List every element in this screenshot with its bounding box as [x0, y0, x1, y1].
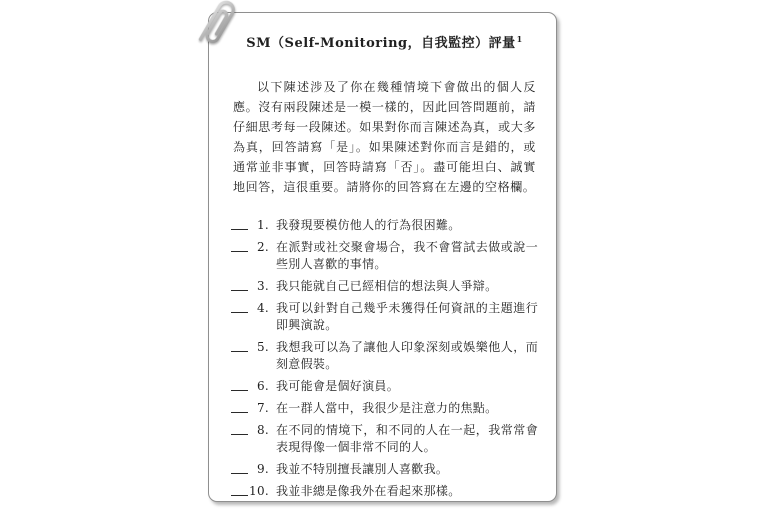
item-number: 3. — [249, 278, 269, 295]
scanned-document: SM（Self-Monitoring，自我監控）評量1 以下陳述涉及了你在幾種情… — [0, 0, 768, 512]
item-number: 5. — [249, 339, 269, 356]
item-number: 8. — [249, 422, 269, 439]
answer-blank — [231, 378, 248, 391]
question-item: 5. 我想我可以為了讓他人印象深刻或娛樂他人，而刻意假裝。 — [231, 339, 538, 373]
answer-blank — [231, 239, 248, 252]
page-title: SM（Self-Monitoring，自我監控）評量1 — [231, 32, 538, 51]
question-item: 10. 我並非總是像我外在看起來那樣。 — [231, 483, 538, 500]
question-item: 4. 我可以針對自己幾乎未獲得任何資訊的主題進行即興演說。 — [231, 300, 538, 334]
answer-blank — [231, 300, 248, 313]
answer-blank — [231, 400, 248, 413]
item-number: 4. — [249, 300, 269, 317]
questionnaire-page: SM（Self-Monitoring，自我監控）評量1 以下陳述涉及了你在幾種情… — [208, 12, 557, 502]
item-text: 我發現要模仿他人的行為很困難。 — [269, 217, 538, 234]
question-item: 3. 我只能就自己已經相信的想法與人爭辯。 — [231, 278, 538, 295]
answer-blank — [231, 278, 248, 291]
item-number: 1. — [249, 217, 269, 234]
item-number: 7. — [249, 400, 269, 417]
answer-blank — [231, 461, 248, 474]
question-list: 1. 我發現要模仿他人的行為很困難。 2. 在派對或社交聚會場合，我不會嘗試去做… — [231, 217, 538, 500]
question-item: 6. 我可能會是個好演員。 — [231, 378, 538, 395]
item-text: 我可能會是個好演員。 — [269, 378, 538, 395]
answer-blank — [231, 483, 248, 496]
item-text: 我想我可以為了讓他人印象深刻或娛樂他人，而刻意假裝。 — [269, 339, 538, 373]
footnote-marker: 1 — [517, 34, 523, 44]
page-title-text: SM（Self-Monitoring，自我監控）評量 — [246, 36, 515, 51]
answer-blank — [231, 422, 248, 435]
question-item: 2. 在派對或社交聚會場合，我不會嘗試去做或說一些別人喜歡的事情。 — [231, 239, 538, 273]
item-text: 我並非總是像我外在看起來那樣。 — [269, 483, 538, 500]
item-text: 我只能就自己已經相信的想法與人爭辯。 — [269, 278, 538, 295]
question-item: 9. 我並不特別擅長讓別人喜歡我。 — [231, 461, 538, 478]
answer-blank — [231, 217, 248, 230]
item-number: 6. — [249, 378, 269, 395]
item-number: 10. — [249, 483, 269, 500]
item-text: 在一群人當中，我很少是注意力的焦點。 — [269, 400, 538, 417]
item-number: 2. — [249, 239, 269, 256]
item-text: 我可以針對自己幾乎未獲得任何資訊的主題進行即興演說。 — [269, 300, 538, 334]
intro-paragraph: 以下陳述涉及了你在幾種情境下會做出的個人反應。沒有兩段陳述是一模一樣的，因此回答… — [233, 77, 536, 197]
item-text: 在不同的情境下，和不同的人在一起，我常常會表現得像一個非常不同的人。 — [269, 422, 538, 456]
question-item: 1. 我發現要模仿他人的行為很困難。 — [231, 217, 538, 234]
item-text: 我並不特別擅長讓別人喜歡我。 — [269, 461, 538, 478]
answer-blank — [231, 339, 248, 352]
question-item: 7. 在一群人當中，我很少是注意力的焦點。 — [231, 400, 538, 417]
item-text: 在派對或社交聚會場合，我不會嘗試去做或說一些別人喜歡的事情。 — [269, 239, 538, 273]
item-number: 9. — [249, 461, 269, 478]
question-item: 8. 在不同的情境下，和不同的人在一起，我常常會表現得像一個非常不同的人。 — [231, 422, 538, 456]
